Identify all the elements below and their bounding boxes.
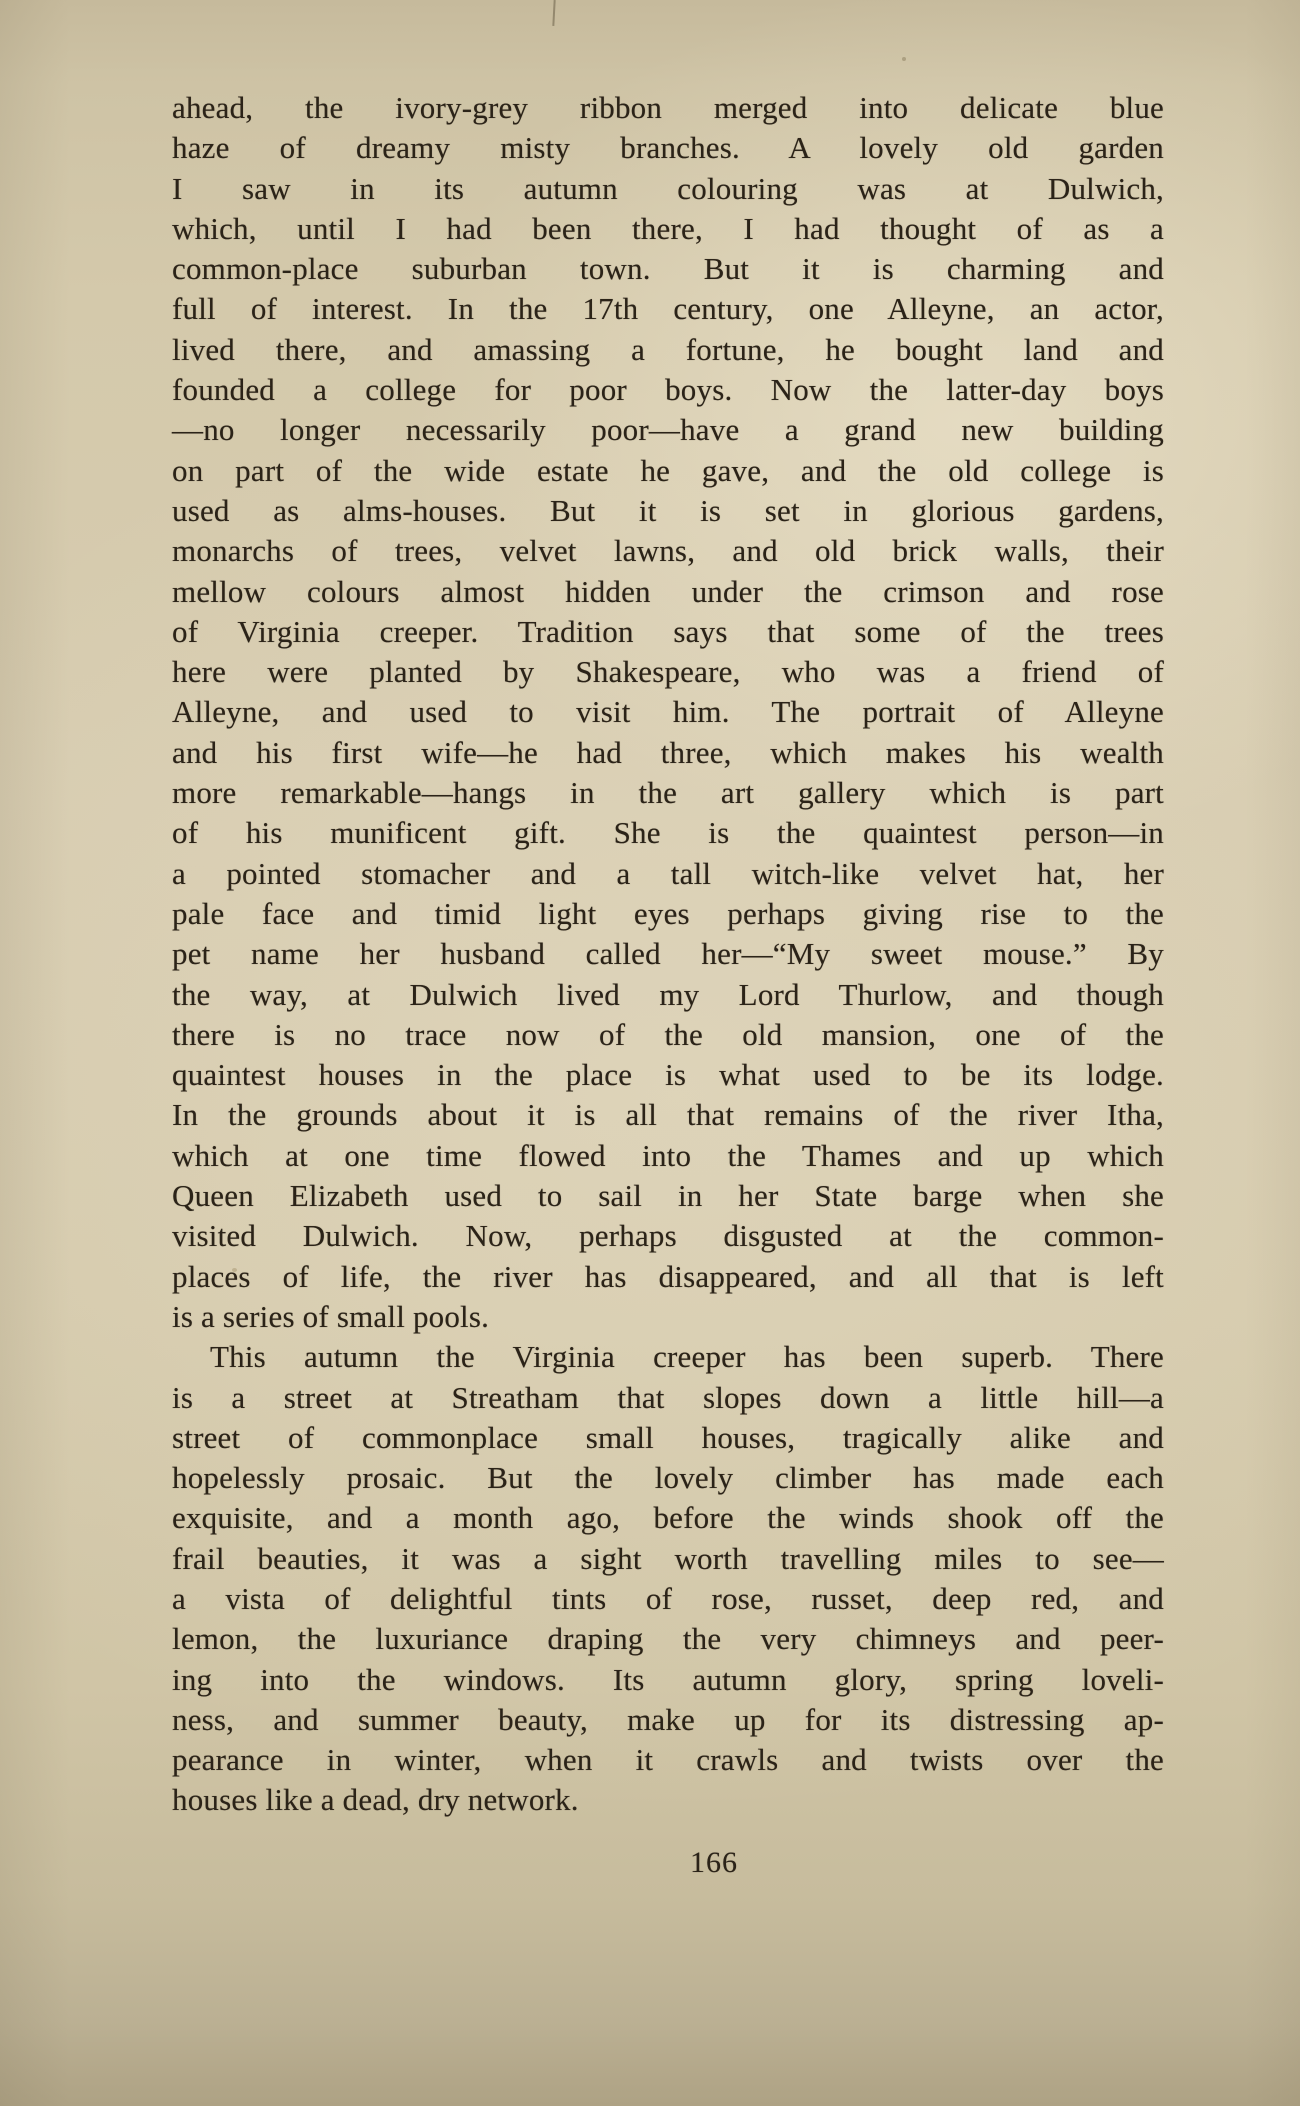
text-line: visited Dulwich. Now, perhaps disgusted … <box>172 1216 1164 1256</box>
text-line: mellow colours almost hidden under the c… <box>172 572 1164 612</box>
text-line: there is no trace now of the old mansion… <box>172 1015 1164 1055</box>
text-line: here were planted by Shakespeare, who wa… <box>172 652 1164 692</box>
text-line: pale face and timid light eyes perhaps g… <box>172 894 1164 934</box>
text-line: Alleyne, and used to visit him. The port… <box>172 692 1164 732</box>
text-line: houses like a dead, dry network. <box>172 1780 1164 1820</box>
text-line: and his first wife—he had three, which m… <box>172 733 1164 773</box>
text-line: hopelessly prosaic. But the lovely climb… <box>172 1458 1164 1498</box>
text-line: quaintest houses in the place is what us… <box>172 1055 1164 1095</box>
text-line: street of commonplace small houses, trag… <box>172 1418 1164 1458</box>
text-line: I saw in its autumn colouring was at Dul… <box>172 169 1164 209</box>
text-line: which, until I had been there, I had tho… <box>172 209 1164 249</box>
text-line: on part of the wide estate he gave, and … <box>172 451 1164 491</box>
text-line: lived there, and amassing a fortune, he … <box>172 330 1164 370</box>
text-line: is a series of small pools. <box>172 1297 1164 1337</box>
text-line: ness, and summer beauty, make up for its… <box>172 1700 1164 1740</box>
text-line: ing into the windows. Its autumn glory, … <box>172 1660 1164 1700</box>
paper-scratch-mark <box>552 0 555 26</box>
page-text: ahead, the ivory-grey ribbon merged into… <box>172 88 1164 1821</box>
text-line: which at one time flowed into the Thames… <box>172 1136 1164 1176</box>
text-line: more remarkable—hangs in the art gallery… <box>172 773 1164 813</box>
text-line: founded a college for poor boys. Now the… <box>172 370 1164 410</box>
page-number: 166 <box>218 1846 1210 1880</box>
text-line: a pointed stomacher and a tall witch-lik… <box>172 854 1164 894</box>
text-line: In the grounds about it is all that rema… <box>172 1095 1164 1135</box>
text-line: ahead, the ivory-grey ribbon merged into… <box>172 88 1164 128</box>
text-line: of Virginia creeper. Tradition says that… <box>172 612 1164 652</box>
text-line: is a street at Streatham that slopes dow… <box>172 1378 1164 1418</box>
text-line: monarchs of trees, velvet lawns, and old… <box>172 531 1164 571</box>
text-line: haze of dreamy misty branches. A lovely … <box>172 128 1164 168</box>
text-line: pearance in winter, when it crawls and t… <box>172 1740 1164 1780</box>
text-line: pet name her husband called her—“My swee… <box>172 934 1164 974</box>
text-line: frail beauties, it was a sight worth tra… <box>172 1539 1164 1579</box>
text-line: exquisite, and a month ago, before the w… <box>172 1498 1164 1538</box>
text-line: Queen Elizabeth used to sail in her Stat… <box>172 1176 1164 1216</box>
text-line: common-place suburban town. But it is ch… <box>172 249 1164 289</box>
text-line: places of life, the river has disappeare… <box>172 1257 1164 1297</box>
text-line: of his munificent gift. She is the quain… <box>172 813 1164 853</box>
text-line: used as alms-houses. But it is set in gl… <box>172 491 1164 531</box>
text-line: —no longer necessarily poor—have a grand… <box>172 410 1164 450</box>
text-line: This autumn the Virginia creeper has bee… <box>172 1337 1164 1377</box>
text-line: full of interest. In the 17th century, o… <box>172 289 1164 329</box>
text-line: a vista of delightful tints of rose, rus… <box>172 1579 1164 1619</box>
paper-speck <box>902 57 906 61</box>
text-line: lemon, the luxuriance draping the very c… <box>172 1619 1164 1659</box>
book-page: ahead, the ivory-grey ribbon merged into… <box>0 0 1300 2106</box>
text-line: the way, at Dulwich lived my Lord Thurlo… <box>172 975 1164 1015</box>
